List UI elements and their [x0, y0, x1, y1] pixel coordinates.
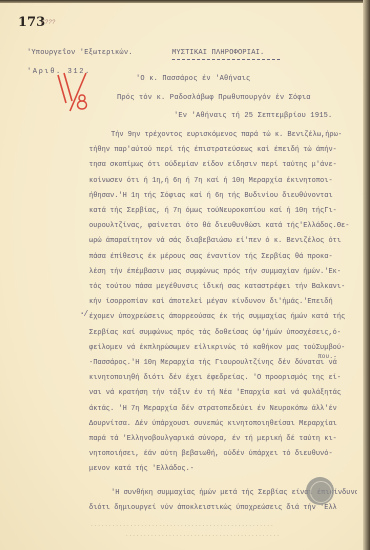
body-line: Τήν 9ην τρέχοντος ευρισκόμενος παρά τώ κ…	[89, 128, 357, 143]
body-line: τήθην παρ'αύτού περί τής έπιστρατεύσεως …	[89, 143, 357, 158]
body-line: άκτάς. 'Η 7η Μεραρχία δέν στρατοπεδεύει …	[89, 402, 357, 417]
body-line: -Πασσάρος.'Η 10η Μεραρχία τής Γιουρουλτζ…	[89, 356, 357, 371]
body-line: ουρουλτζίνας, φαίνεται ότο θά διευθυνθώσ…	[89, 219, 357, 234]
bleed-through-text: ........................................…	[90, 521, 274, 528]
red-pencil-annotation	[52, 71, 102, 121]
body-line: ναι νά κρατήση τήν τάξιν έν τή Νέα 'Επαρ…	[89, 386, 357, 401]
body-line: Δουρνίτσα. Δέν ύπάρχουσι συνεπώς κινητοπ…	[89, 417, 357, 432]
scan-right-edge	[363, 0, 370, 550]
body-line: κατά τής Σερβίας, ή 7η όμως τούΝευροκοπί…	[89, 204, 357, 219]
classification-heading: ΜΥΣΤΙΚΑΙ ΠΛΗΡΟΦΟΡΙΑΙ.	[172, 50, 264, 57]
body-line: νητοποιήσει, έάν αύτη βεβαιωθή, ούδέν ύπ…	[89, 447, 357, 462]
body-line: παρά τά 'Ελληνοβουλγαρικά σύνορα, έν τή …	[89, 432, 357, 447]
margin-scratch-mark: ꞏ/	[81, 308, 88, 319]
body-line: ωρώ άπαραίτητον νά σάς διαβεβαιώσω εί'πε…	[89, 234, 357, 249]
body-line: Σερβίας καί συμφώνως πρός τάς δοθείσας ύ…	[89, 326, 357, 341]
stamp-emblem-icon	[310, 481, 332, 503]
body-line: κοίνωσεν ότι ή 1η,ή 6η ή 7η καί ή 10η Με…	[89, 174, 357, 189]
sender-line: 'Ο κ. Πασσάρος έν 'Αθήναις	[136, 76, 250, 83]
archive-stamp	[306, 477, 334, 505]
body-line: κήν ίσορροπίαν καί άποτελεί μέγαν κίνδυν…	[89, 295, 357, 310]
ministry-heading: 'Υπουργεΐον 'Εξωτερικών.	[27, 50, 133, 57]
body-line: φείλομεν νά έκπληρώσωμεν είλικρινώς τό κ…	[89, 341, 357, 356]
bleed-through-text: ........................................…	[125, 531, 280, 538]
interlinear-insert: που.-	[318, 354, 337, 360]
body-line: τησα σκοπίμως ότι ούδεμίαν είδον είδησιν…	[89, 158, 357, 173]
body-line: τός τούτου πάσα μεγέθυνσις ίδική σας κατ…	[89, 280, 357, 295]
classification-underline	[172, 59, 280, 60]
date-line: 'Εν 'Αθήναις τή 25 Σεπτεμβρίου 1915.	[174, 113, 332, 120]
folio-mark: /???	[41, 19, 55, 26]
letter-body: Τήν 9ην τρέχοντος ευρισκόμενος παρά τώ κ…	[89, 128, 357, 478]
recipient-line: Πρός τόν κ. Ραδοσλάβωφ Πρωθυπουργόν έν Σ…	[117, 95, 311, 102]
body-line: πάσα έπίθεσις έκ μέρους σας έναντίον τής…	[89, 250, 357, 265]
body-line: κινητοποιηθή διότι δέν έχει έφεδρείας. '…	[89, 371, 357, 386]
body-line: μενον κατά τής 'Ελλάδος.-	[89, 462, 357, 477]
document-page: 173 /??? 'Υπουργεΐον 'Εξωτερικών. ΜΥΣΤΙΚ…	[0, 3, 363, 550]
body-line: έχομεν ύποχρεώσεις άπορρεούσας έκ τής συ…	[89, 310, 357, 325]
body-line: λέση τήν έπέμβασιν μας συμφώνως πρός τήν…	[89, 265, 357, 280]
body-line: ήθησαν.'Η 1η τής Σόφιας καί ή 6η τής Βυδ…	[89, 189, 357, 204]
